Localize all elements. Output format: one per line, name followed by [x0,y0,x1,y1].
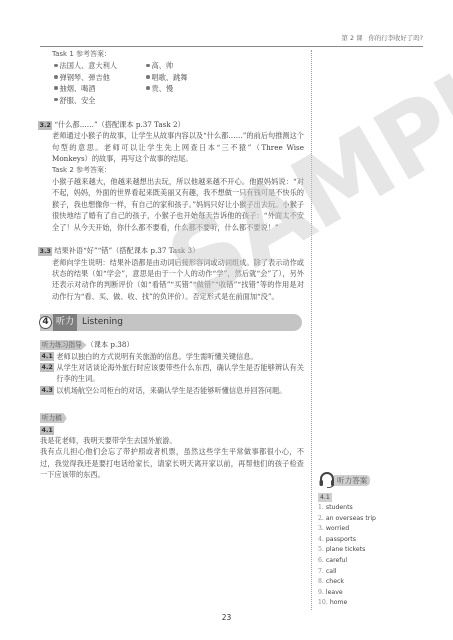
section-3-2-heading: 3.2“什么都……”（搭配课本 p.37 Task 2） [38,119,304,130]
task1-title-cn: 参考答案： [76,50,111,58]
task1-bullets: 法国人、意大利人 高、帅 弹钢琴、弹吉他 唱歌、跳舞 抽烟、喝酒 贵、慢 舒服、… [54,60,304,106]
answer-item: 1. students [318,503,428,514]
answer-section-badge: 4.1 [318,493,332,502]
task1-block: Task 1 参考答案： 法国人、意大利人 高、帅 弹钢琴、弹吉他 唱歌、跳舞 … [52,49,304,106]
script-line: 我是花老师，我明天要带学生去国外旅游。 [40,435,304,446]
answer-number: 9. [318,589,324,596]
answer-text: call [326,568,337,575]
task2-title-en: Task 2 [52,166,74,174]
item-number-badge: 4.2 [40,363,54,372]
bullet-text: 高、帅 [152,61,174,70]
section-title: “什么都……”（搭配课本 p.37 Task 2） [54,120,184,129]
listening-title-en: Listening [82,317,123,328]
script-line: 我有点儿担心他们会忘了带护照或者机票，虽然这些学生平常做事都很小心，不过，我觉得… [40,446,304,480]
bullet-item: 抽烟、喝酒 [54,83,146,94]
section-3-3: 3.3结果补语“好”“错”（搭配课本 p.37 Task 3） 老师向学生说明：… [52,245,304,302]
answer-number: 6. [318,557,324,564]
bullet-icon [54,86,58,90]
bullet-item: 高、帅 [146,60,246,71]
answer-item: 10. home [318,598,428,609]
task1-title-en: Task 1 [52,50,74,58]
item-text: 从学生对话谈论海外旅行时应该要带些什么东西，确认学生是否能够辨认有关行李的生词。 [56,362,304,385]
bullet-text: 贵、慢 [152,84,174,93]
bullet-item: 弹钢琴、弹吉他 [54,72,146,83]
bullet-icon [54,75,58,79]
main-column: Task 1 参考答案： 法国人、意大利人 高、帅 弹钢琴、弹吉他 唱歌、跳舞 … [52,49,304,481]
answer-sidebar-title: 听力答案 [334,475,370,486]
bullet-text: 法国人、意大利人 [60,61,118,70]
bullet-item: 唱歌、跳舞 [146,72,246,83]
item-number-badge: 4.1 [40,352,54,361]
page-header: 第 2 课你的行李收好了吗? [40,32,423,47]
section-number-badge: 3.2 [38,121,52,130]
answer-number: 8. [318,578,324,585]
bullet-text: 弹钢琴、弹吉他 [60,73,110,82]
answer-text: plane tickets [326,546,366,553]
script-number-badge: 4.1 [40,426,54,435]
guide-item: 4.1 老师以独白的方式说明有关旅游的信息。学生需听懂关键信息。 [40,351,304,362]
bullet-text: 舒服、安全 [60,96,96,105]
section-number-badge: 3.3 [38,247,52,256]
answer-text: an overseas trip [326,515,376,522]
section-3-2: 3.2“什么都……”（搭配课本 p.37 Task 2） 老师通过小猴子的故事，… [52,119,304,233]
bullet-text: 抽烟、喝酒 [60,84,96,93]
answer-text: careful [326,557,347,564]
lesson-number: 第 2 课 [342,34,363,42]
bullet-icon [54,98,58,102]
page-number: 23 [0,613,453,622]
guide-reference: （课本 p.38） [87,340,134,349]
guide-heading: 听力练习指导（课本 p.38） [40,339,304,350]
answer-item: 3. worried [318,524,428,535]
guide-tag: 听力练习指导 [40,340,87,350]
task2-answer: 小猴子越来越大，他越来越想出去玩，所以他越来越不开心。他跟妈妈说：“对不起，妈妈… [52,176,304,233]
task2-title: Task 2 参考答案： [52,165,304,176]
item-text: 以机场航空公司柜台的对话，来确认学生是否能够听懂信息并回答问题。 [56,385,304,396]
section-paragraph: 老师通过小猴子的故事，让学生从故事内容以及“什么都……”的前后句推测这个句型的意… [52,130,304,164]
answer-number: 10. [318,599,328,606]
answer-number: 1. [318,504,324,511]
answer-text: worried [326,525,349,532]
answer-text: check [326,578,344,585]
bullet-icon [146,64,150,68]
item-text: 老师以独白的方式说明有关旅游的信息。学生需听懂关键信息。 [56,351,304,362]
script-heading: 听力稿 [40,412,304,423]
answer-text: passports [326,536,356,543]
listening-section-bar: 4 听力 Listening [40,314,302,331]
answer-item: 9. leave [318,588,428,599]
answer-text: leave [326,589,343,596]
textbook-page: 第 2 课你的行李收好了吗? Task 1 参考答案： 法国人、意大利人 高、帅… [0,0,453,640]
task2-title-cn: 参考答案： [76,166,111,174]
answer-number: 3. [318,525,324,532]
answer-item: 5. plane tickets [318,545,428,556]
item-number-badge: 4.3 [40,386,54,395]
script-number: 4.1 [40,424,304,435]
section-paragraph: 老师向学生说明：结果补语都是由动词后接形容词或动词组成。除了表示动作或状态的结果… [52,257,304,303]
answer-number: 5. [318,546,324,553]
lesson-title: 你的行李收好了吗? [368,34,423,42]
listening-title-cn: 听力 [53,314,77,331]
answer-sidebar: 听力答案 4.1 1. students 2. an overseas trip… [318,470,428,609]
answer-text: home [330,599,348,606]
answer-item: 7. call [318,567,428,578]
section-number-circle: 4 [39,316,52,329]
listening-guide: 听力练习指导（课本 p.38） 4.1 老师以独白的方式说明有关旅游的信息。学生… [40,339,304,396]
bullet-text: 唱歌、跳舞 [152,73,188,82]
answer-text: students [326,504,353,511]
section-3-3-heading: 3.3结果补语“好”“错”（搭配课本 p.37 Task 3） [38,245,304,256]
bullet-item: 舒服、安全 [54,95,146,106]
bullet-icon [54,64,58,68]
answer-number: 4. [318,536,324,543]
section-title: 结果补语“好”“错”（搭配课本 p.37 Task 3） [54,246,199,255]
column-divider [311,50,312,610]
bullet-icon [146,75,150,79]
answer-number: 7. [318,568,324,575]
answer-sidebar-heading: 听力答案 [318,470,428,490]
answer-item: 2. an overseas trip [318,514,428,525]
bullet-icon [146,86,150,90]
bullet-item: 贵、慢 [146,83,246,94]
answer-item: 6. careful [318,556,428,567]
answer-number: 2. [318,515,324,522]
task1-title: Task 1 参考答案： [52,49,304,60]
script-tag: 听力稿 [40,413,67,423]
answer-item: 8. check [318,577,428,588]
answer-item: 4. passports [318,535,428,546]
guide-item: 4.2 从学生对话谈论海外旅行时应该要带些什么东西，确认学生是否能够辨认有关行李… [40,362,304,385]
guide-item: 4.3 以机场航空公司柜台的对话，来确认学生是否能够听懂信息并回答问题。 [40,385,304,396]
bullet-item: 法国人、意大利人 [54,60,146,71]
listening-script: 听力稿 4.1 我是花老师，我明天要带学生去国外旅游。 我有点儿担心他们会忘了带… [40,412,304,480]
